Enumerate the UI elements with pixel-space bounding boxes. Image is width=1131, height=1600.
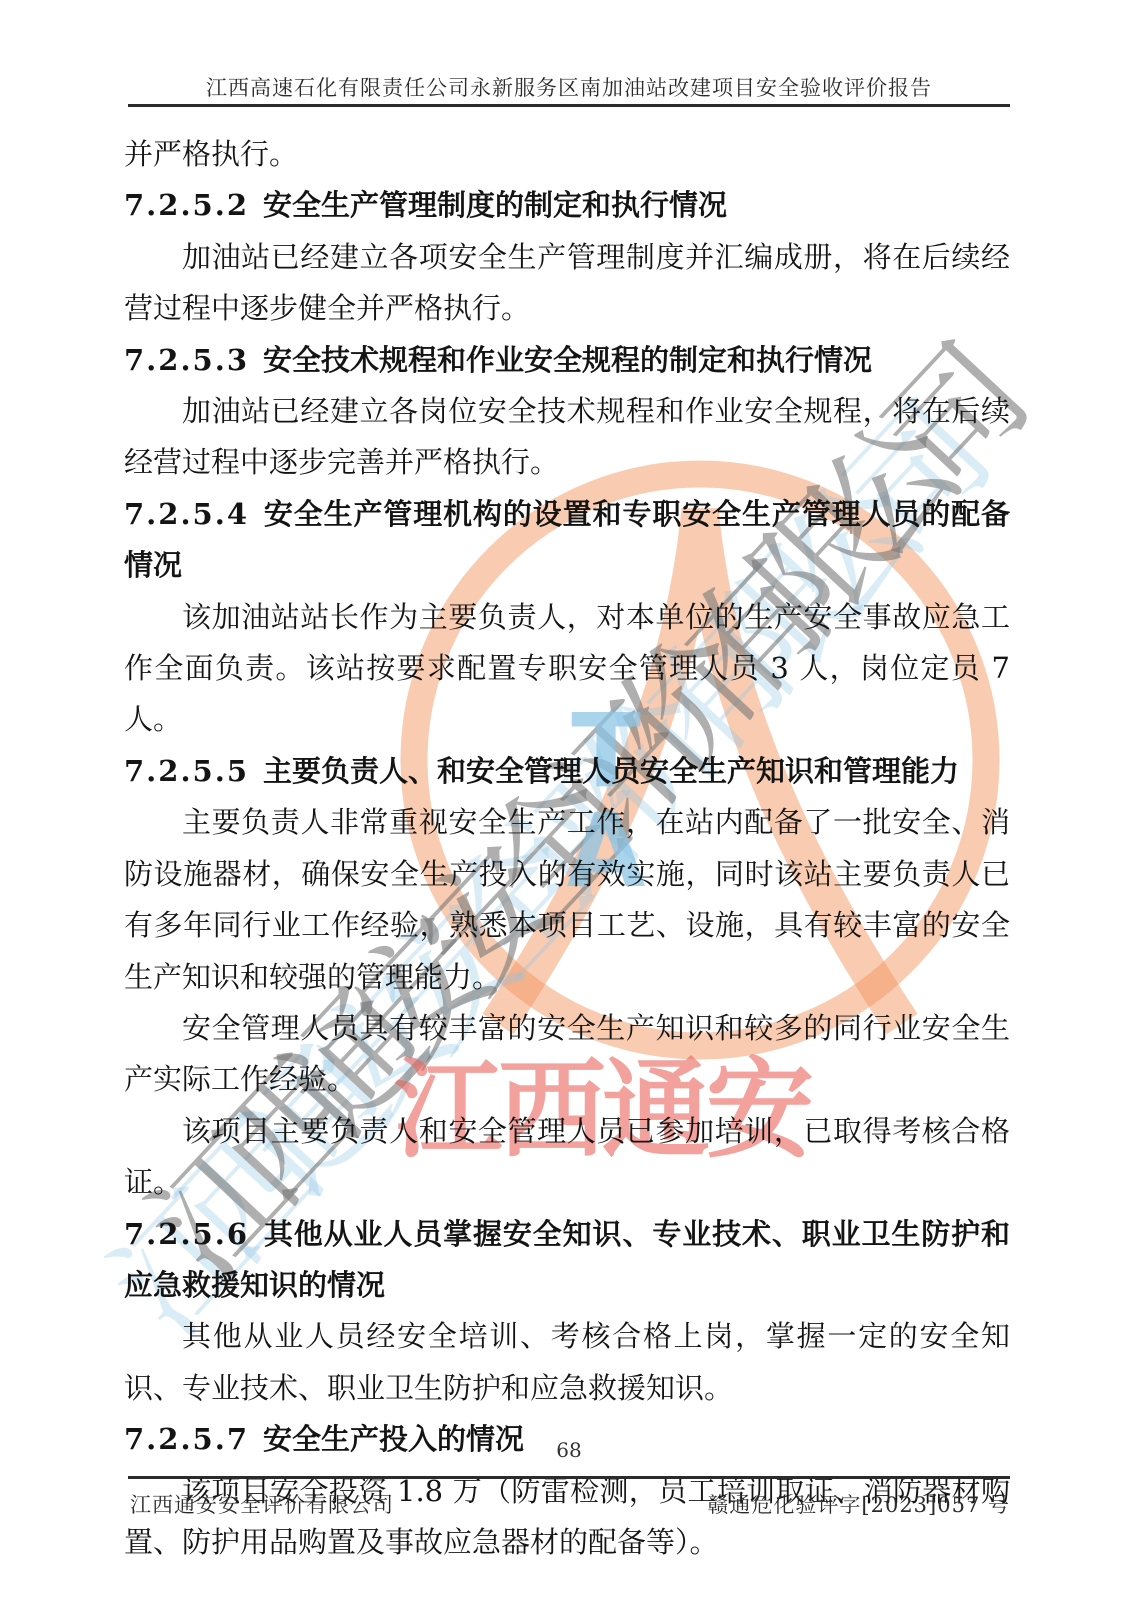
section-heading: 7.2.5.6其他从业人员掌握安全知识、专业技术、职业卫生防护和应急救援知识的情… — [124, 1209, 1010, 1312]
footer-rule — [128, 1476, 1010, 1479]
paragraph: 该项目主要负责人和安全管理人员已参加培训，已取得考核合格证。 — [124, 1106, 1010, 1209]
paragraph: 加油站已经建立各项安全生产管理制度并汇编成册，将在后续经营过程中逐步健全并严格执… — [124, 232, 1010, 335]
section-title: 安全生产管理制度的制定和执行情况 — [263, 188, 727, 222]
header-title: 江西高速石化有限责任公司永新服务区南加油站改建项目安全验收评价报告 — [128, 72, 1010, 102]
section-title: 安全技术规程和作业安全规程的制定和执行情况 — [263, 343, 872, 377]
paragraph: 其他从业人员经安全培训、考核合格上岗，掌握一定的安全知识、专业技术、职业卫生防护… — [124, 1311, 1010, 1414]
section-number: 7.2.5.2 — [124, 188, 249, 222]
content-blocks: 并严格执行。7.2.5.2安全生产管理制度的制定和执行情况加油站已经建立各项安全… — [124, 129, 1010, 1568]
footer-company: 江西通安安全评价有限公司 — [130, 1489, 394, 1519]
section-number: 7.2.5.6 — [124, 1217, 249, 1251]
header-rule — [128, 104, 1010, 107]
footer-doc-number: 赣通危化验评字[2023]057 号 — [707, 1489, 1010, 1519]
section-heading: 7.2.5.5主要负责人、和安全管理人员安全生产知识和管理能力 — [124, 746, 1010, 797]
paragraph: 该加油站站长作为主要负责人，对本单位的生产安全事故应急工作全面负责。该站按要求配… — [124, 592, 1010, 746]
page-number: 68 — [128, 1438, 1010, 1462]
paragraph: 加油站已经建立各岗位安全技术规程和作业安全规程，将在后续经营过程中逐步完善并严格… — [124, 386, 1010, 489]
paragraph: 主要负责人非常重视安全生产工作，在站内配备了一批安全、消防设施器材，确保安全生产… — [124, 797, 1010, 1003]
section-number: 7.2.5.3 — [124, 343, 249, 377]
section-title: 主要负责人、和安全管理人员安全生产知识和管理能力 — [263, 754, 959, 788]
report-page: 江西通安安全评价有限公司 江西通安安全评价有限公司 TA 江西通安 江西高速石化… — [0, 0, 1131, 1600]
paragraph: 并严格执行。 — [124, 129, 1010, 180]
section-title: 其他从业人员掌握安全知识、专业技术、职业卫生防护和应急救援知识的情况 — [124, 1217, 1010, 1302]
section-heading: 7.2.5.3安全技术规程和作业安全规程的制定和执行情况 — [124, 335, 1010, 386]
section-number: 7.2.5.5 — [124, 754, 249, 788]
section-number: 7.2.5.4 — [124, 497, 249, 531]
paragraph: 安全管理人员具有较丰富的安全生产知识和较多的同行业安全生产实际工作经验。 — [124, 1003, 1010, 1106]
section-heading: 7.2.5.4安全生产管理机构的设置和专职安全生产管理人员的配备情况 — [124, 489, 1010, 592]
section-heading: 7.2.5.2安全生产管理制度的制定和执行情况 — [124, 180, 1010, 231]
section-title: 安全生产管理机构的设置和专职安全生产管理人员的配备情况 — [124, 497, 1010, 582]
